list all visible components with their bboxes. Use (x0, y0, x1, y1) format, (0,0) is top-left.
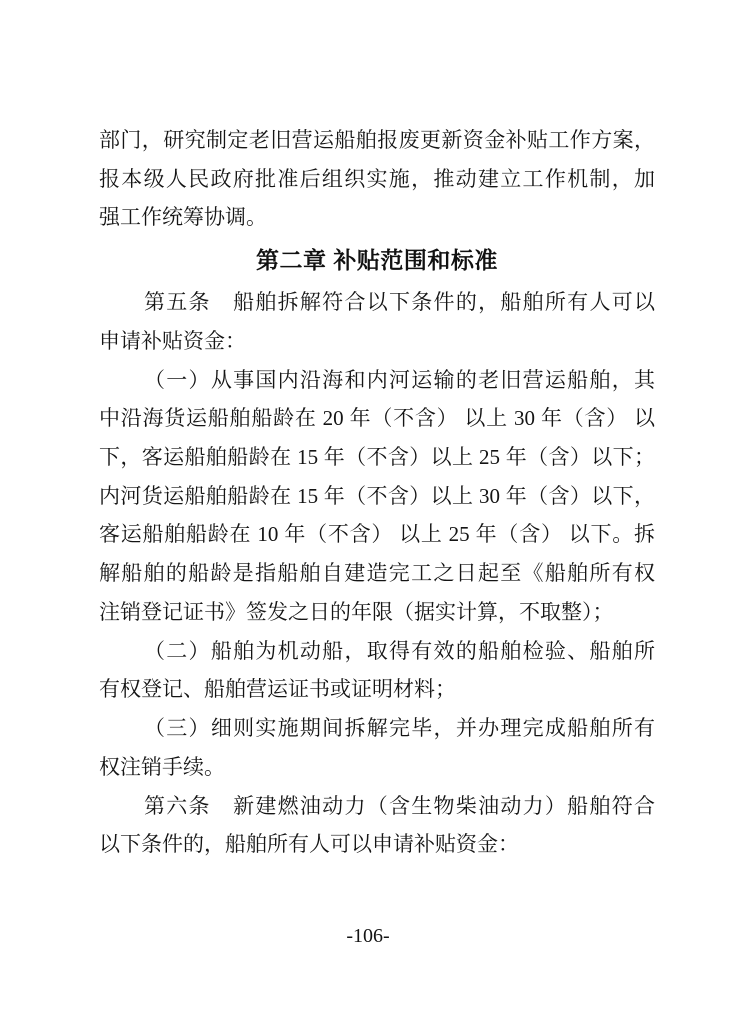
text-line: 解船舶的船龄是指船舶自建造完工之日起至《船舶所有权 (99, 554, 655, 593)
page-number: -106- (0, 925, 736, 947)
text-line: 有权登记、船舶营运证书或证明材料； (99, 670, 655, 709)
text-line: （一）从事国内沿海和内河运输的老旧营运船舶，其 (99, 361, 655, 400)
text-line: 强工作统筹协调。 (99, 198, 655, 237)
document-body: 部门，研究制定老旧营运船舶报废更新资金补贴工作方案，报本级人民政府批准后组织实施… (99, 121, 655, 864)
text-line: 部门，研究制定老旧营运船舶报废更新资金补贴工作方案， (99, 121, 655, 160)
text-line: （三）细则实施期间拆解完毕，并办理完成船舶所有 (99, 709, 655, 748)
text-line: 以下条件的，船舶所有人可以申请补贴资金： (99, 825, 655, 864)
text-line: 内河货运船舶船龄在 15 年（不含）以上 30 年（含）以下， (99, 477, 655, 516)
text-line: 报本级人民政府批准后组织实施，推动建立工作机制，加 (99, 160, 655, 199)
text-line: 下，客运船舶船龄在 15 年（不含）以上 25 年（含）以下； (99, 438, 655, 477)
text-line: （二）船舶为机动船，取得有效的船舶检验、船舶所 (99, 632, 655, 671)
chapter-heading: 第二章 补贴范围和标准 (99, 237, 655, 283)
text-line: 客运船舶船龄在 10 年（不含） 以上 25 年（含） 以下。拆 (99, 515, 655, 554)
document-page: 部门，研究制定老旧营运船舶报废更新资金补贴工作方案，报本级人民政府批准后组织实施… (0, 0, 736, 1009)
text-line: 中沿海货运船舶船龄在 20 年（不含） 以上 30 年（含） 以 (99, 399, 655, 438)
text-line: 第六条 新建燃油动力（含生物柴油动力）船舶符合 (99, 787, 655, 826)
text-line: 第五条 船舶拆解符合以下条件的，船舶所有人可以 (99, 283, 655, 322)
text-line: 申请补贴资金： (99, 322, 655, 361)
text-line: 注销登记证书》签发之日的年限（据实计算，不取整）； (99, 593, 655, 632)
text-line: 权注销手续。 (99, 748, 655, 787)
